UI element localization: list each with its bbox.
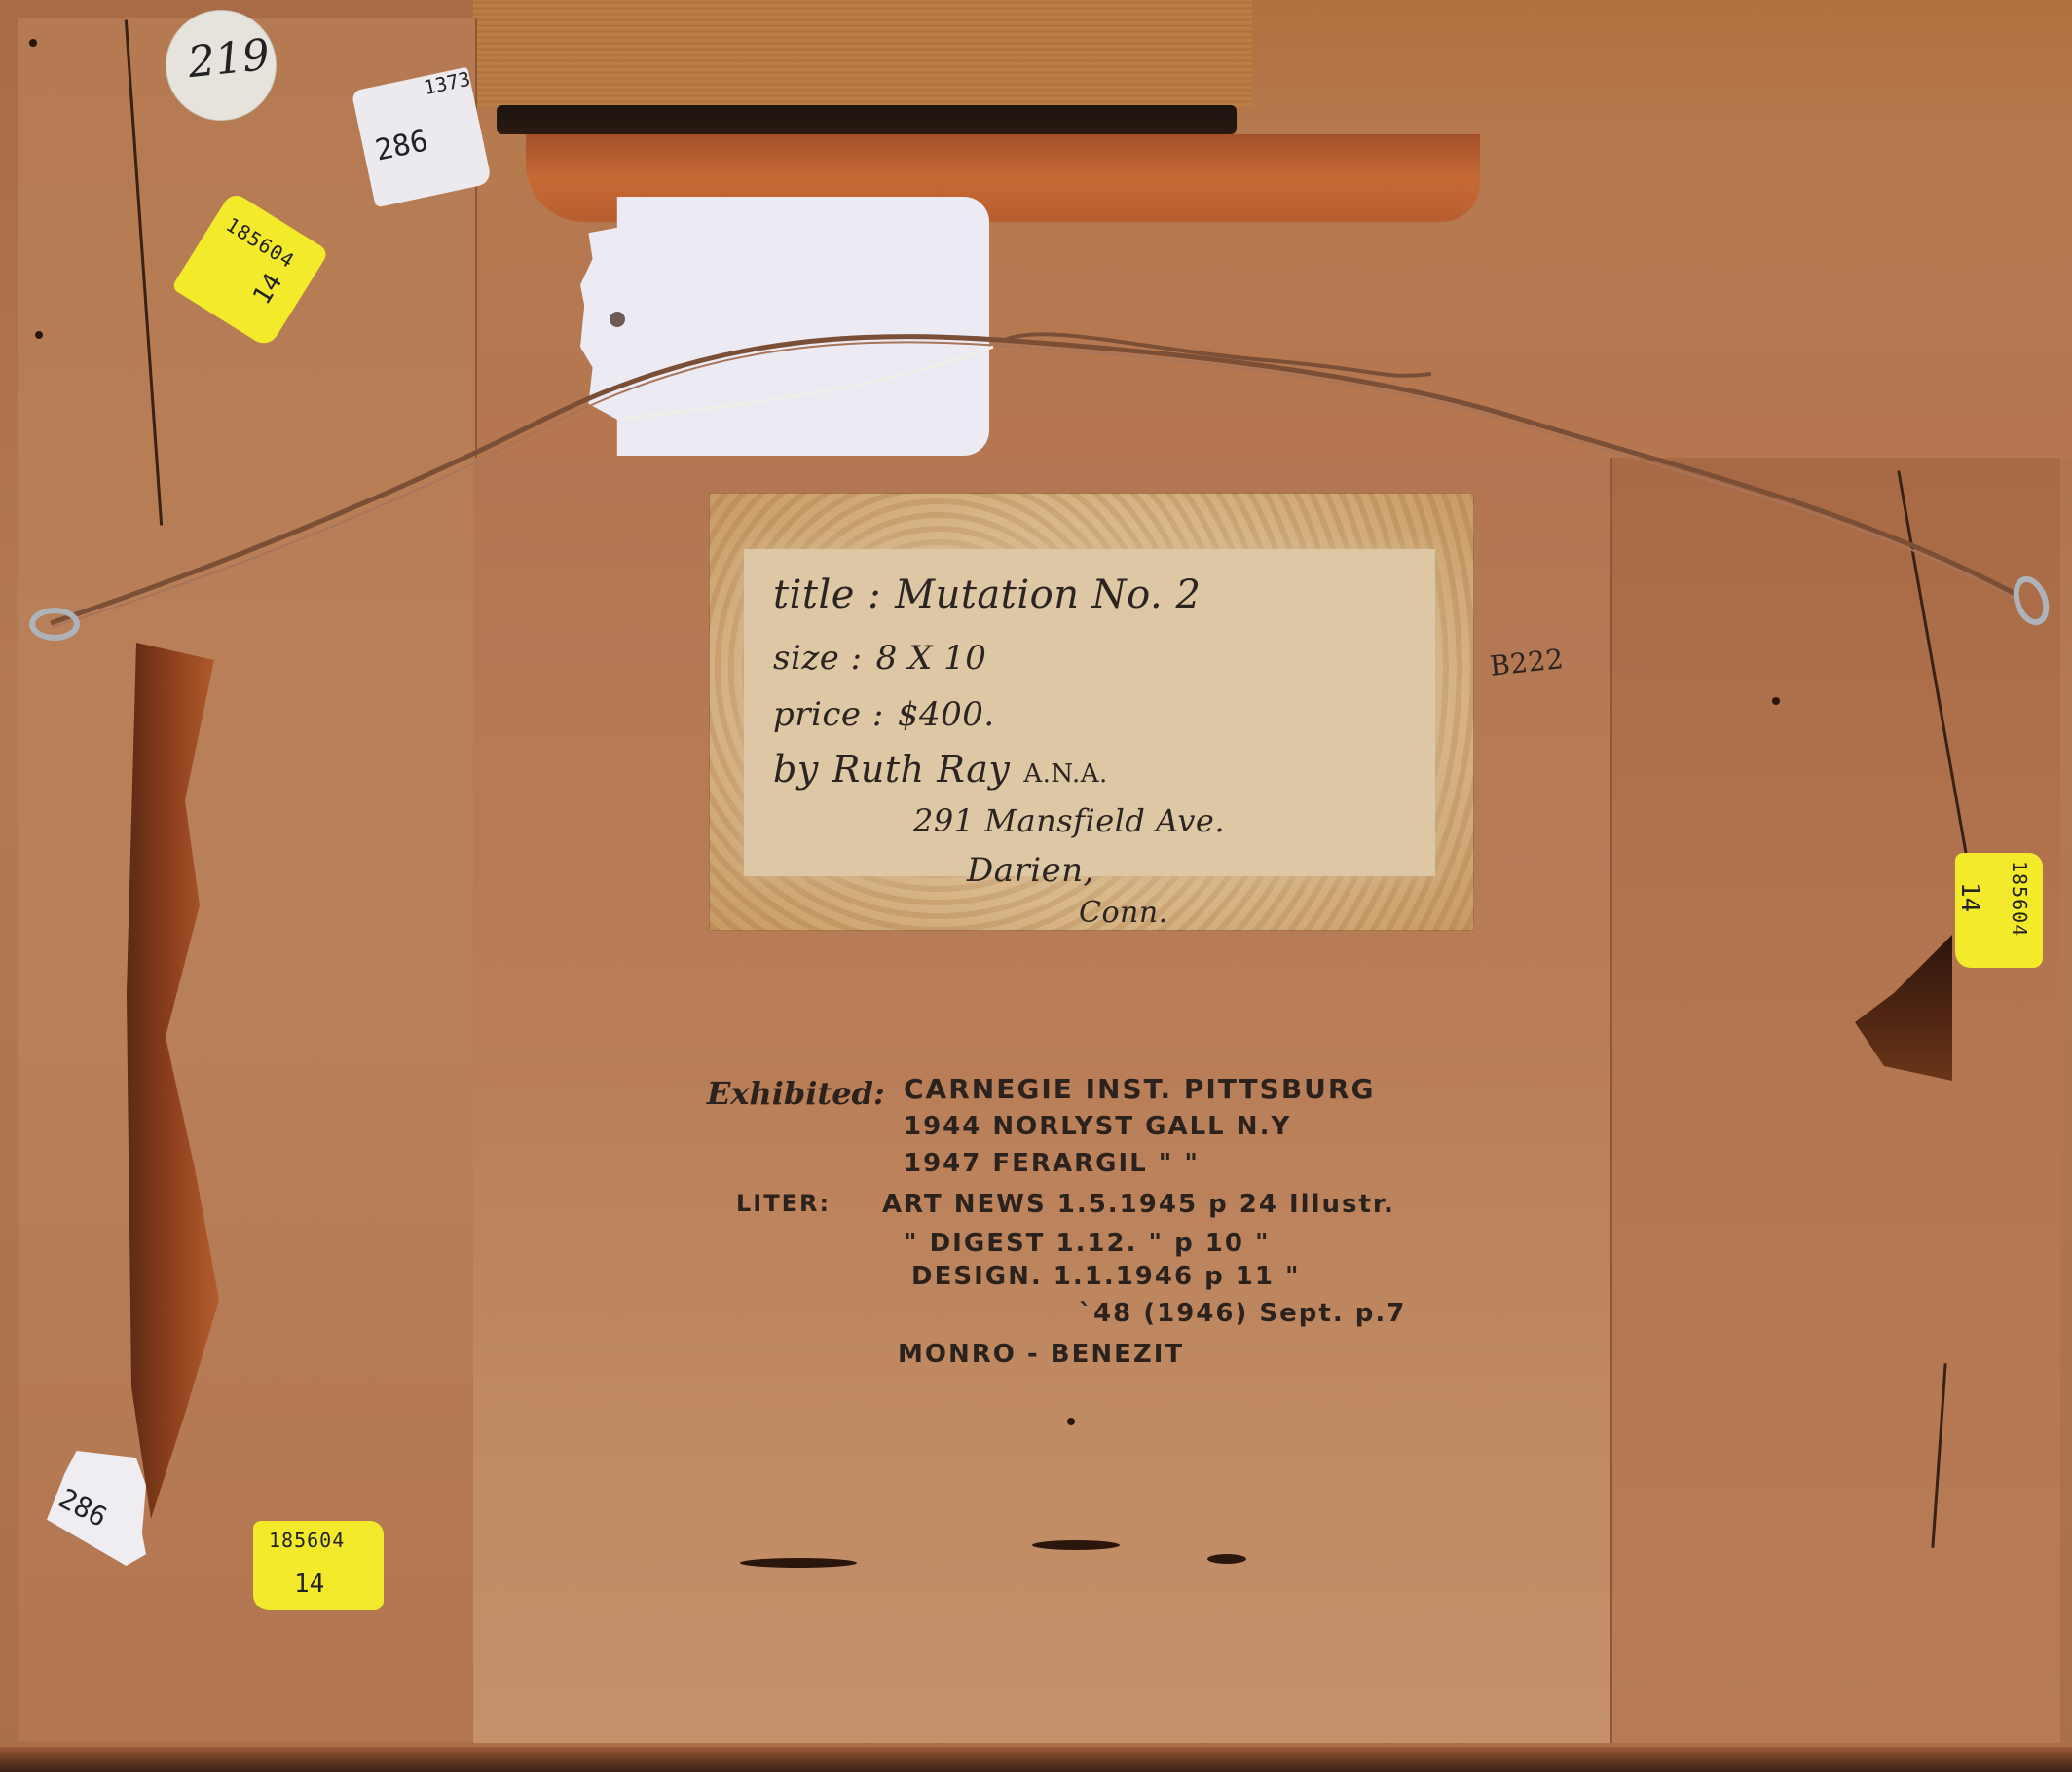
hanging-wire — [0, 0, 2072, 1772]
eye-hook-left — [29, 608, 80, 641]
frame-bottom-rail — [0, 1747, 2072, 1772]
artwork-back-photo: title :Mutation No. 2 size :8 X 10 price… — [0, 0, 2072, 1772]
